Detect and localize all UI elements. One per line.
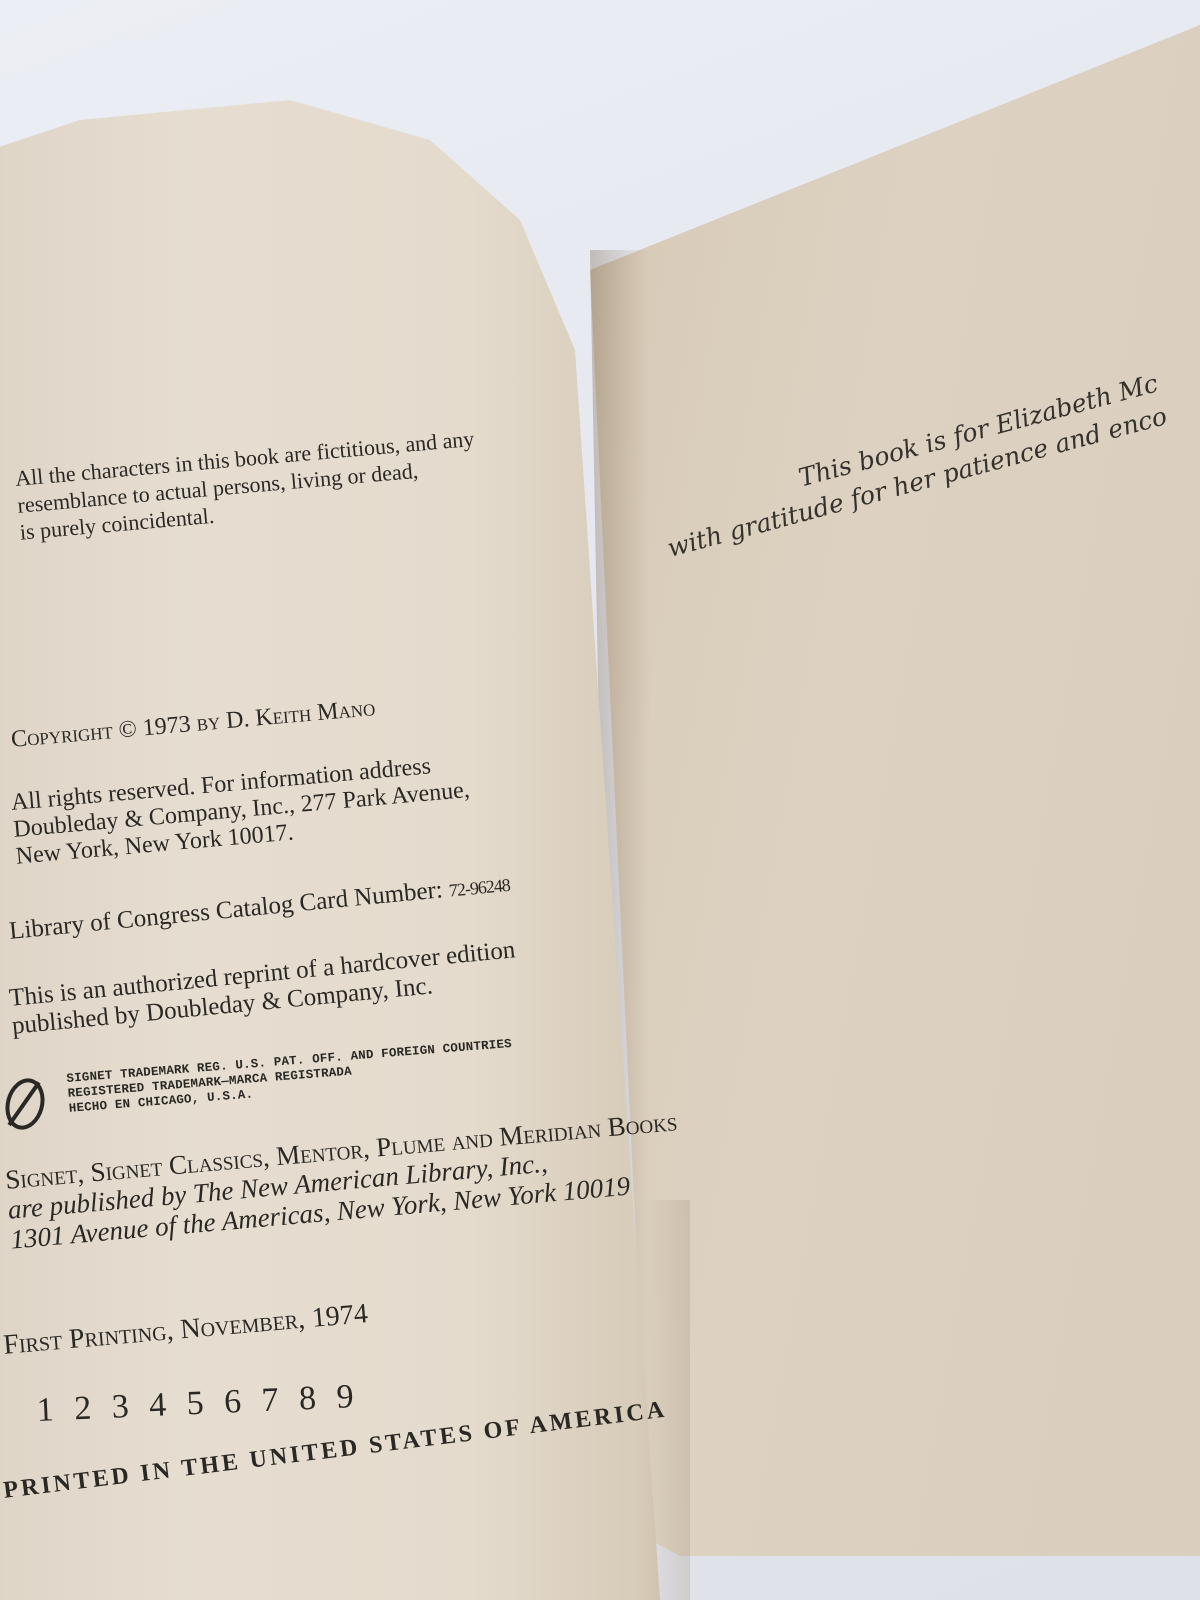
lccn-number: 72-96248 [448, 875, 511, 901]
